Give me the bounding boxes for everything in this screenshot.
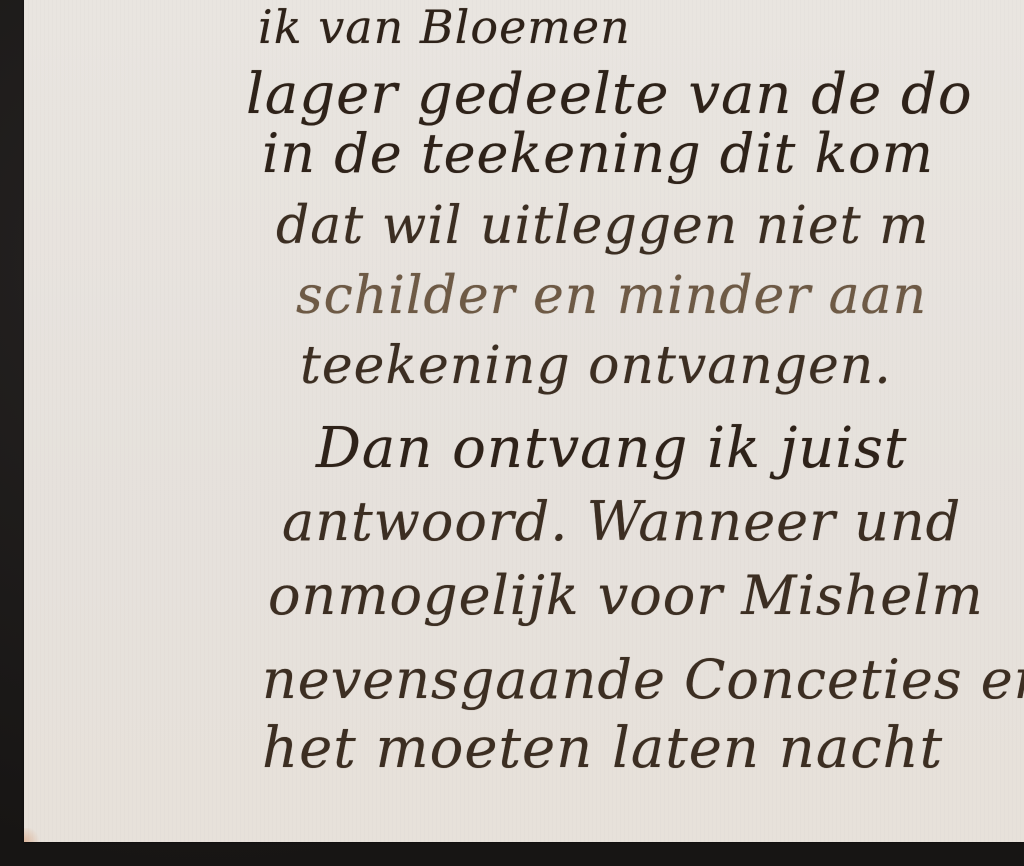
handwritten-line-8: antwoord. Wanneer und (282, 490, 961, 553)
handwritten-line-11: het moeten laten nacht (262, 716, 943, 781)
handwritten-line-1: ik van Bloemen (258, 0, 631, 54)
handwritten-line-3: in de teekening dit kom (262, 122, 934, 185)
handwritten-line-10: nevensgaande Conceties en (262, 648, 1024, 711)
handwritten-line-5: schilder en minder aan (296, 266, 927, 326)
handwritten-line-2: lager gedeelte van de do (246, 62, 973, 127)
handwritten-line-7: Dan ontvang ik juist (316, 416, 907, 481)
handwritten-line-4: dat wil uitleggen niet m (276, 196, 929, 256)
letter-page: ik van Bloemen lager gedeelte van de do … (24, 0, 1024, 842)
handwritten-line-9: onmogelijk voor Mishelm (268, 564, 984, 627)
handwritten-line-6: teekening ontvangen. (300, 336, 892, 396)
